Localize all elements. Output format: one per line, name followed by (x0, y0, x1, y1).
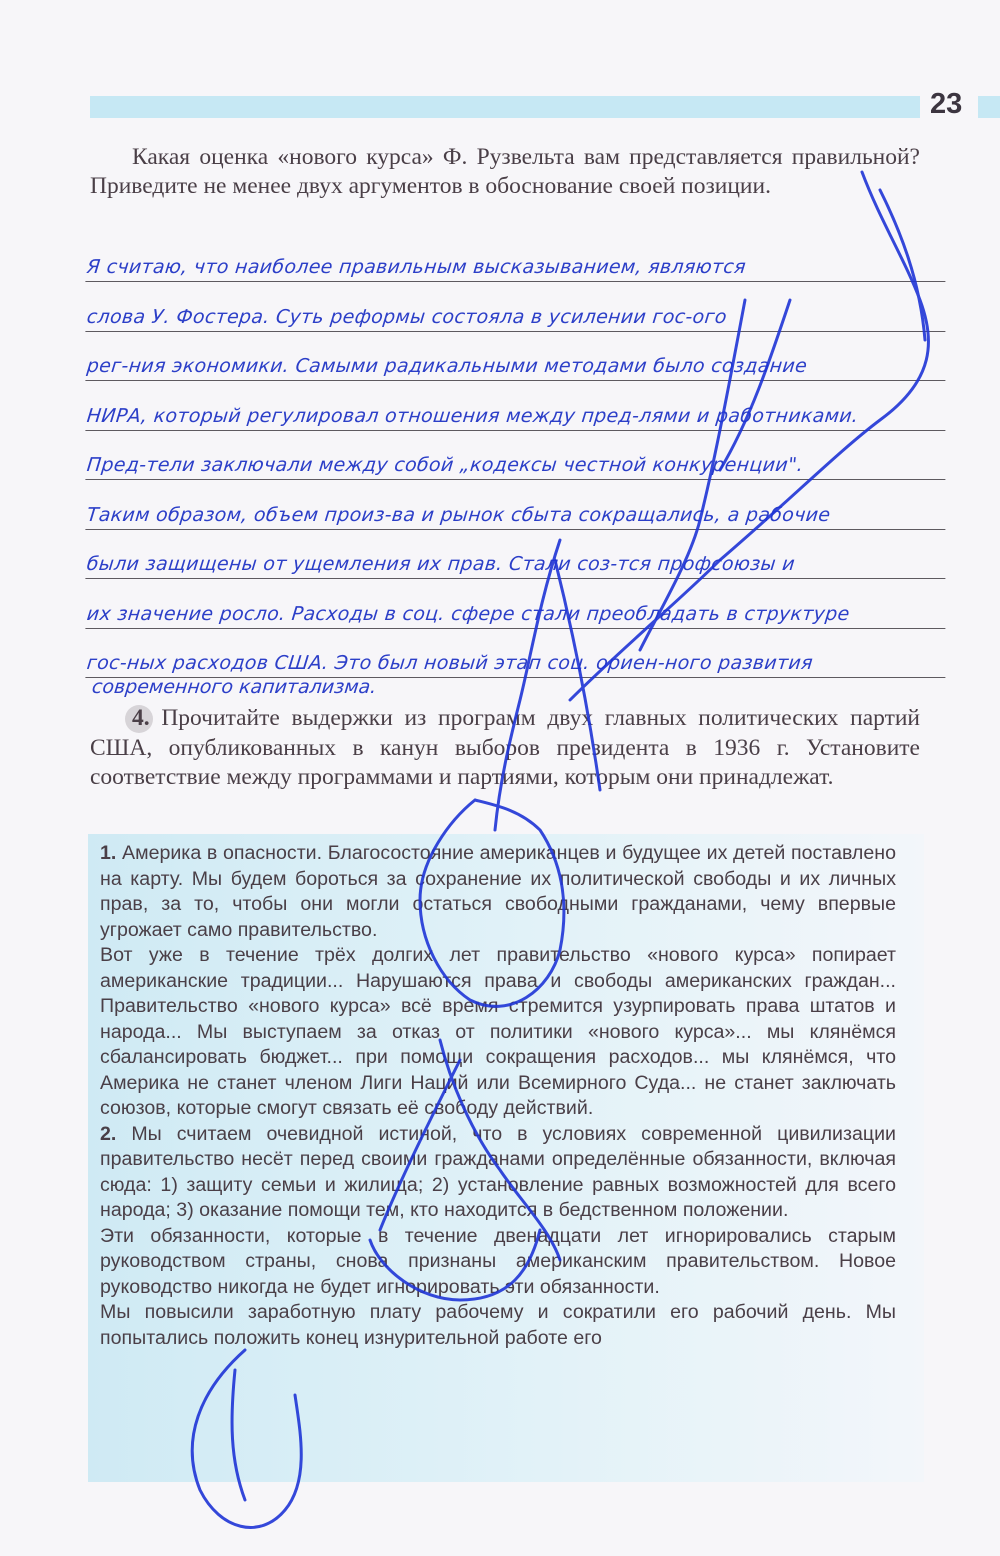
answer-line: Таким образом, объем произ-ва и рынок сб… (85, 480, 950, 530)
excerpt-2-para-3: Мы повысили заработную плату рабочему и … (100, 1300, 896, 1351)
answer-line: их значение росло. Расходы в соц. сфере … (85, 579, 950, 629)
excerpt-1-para-1: 1. Америка в опасности. Благосостояние а… (100, 841, 896, 943)
excerpt-2-para-1: 2. Мы считаем очевидной истиной, что в у… (100, 1122, 896, 1224)
answer-line-text: были защищены от ущемления их прав. Стал… (86, 553, 796, 575)
excerpt-number: 1. (100, 842, 116, 864)
excerpt-2-para-2: Эти обязанности, которые в течение двена… (100, 1224, 896, 1301)
answer-last-line: современного капитализма. (91, 676, 378, 698)
excerpt-text: Америка в опасности. Благосостояние амер… (100, 842, 896, 941)
answer-line: Я считаю, что наиболее правильным высказ… (85, 232, 950, 282)
page-header-bar-edge (978, 96, 1000, 118)
page-number: 23 (930, 88, 962, 121)
handwritten-answer: Я считаю, что наиболее правильным высказ… (88, 232, 948, 678)
task-4-text: Прочитайте выдержки из программ двух гла… (90, 705, 920, 790)
answer-line: гос-ных расходов США. Это был новый этап… (85, 628, 950, 678)
answer-line: рег-ния экономики. Самыми радикальными м… (85, 331, 950, 381)
answer-line-text: Я считаю, что наиболее правильным высказ… (86, 256, 747, 278)
answer-line: НИРА, который регулировал отношения межд… (85, 381, 950, 431)
answer-line-text: Пред-тели заключали между собой „кодексы… (86, 454, 805, 476)
excerpt-text: Мы считаем очевидной истиной, что в усло… (100, 1123, 896, 1222)
excerpt-1-para-2: Вот уже в течение трёх долгих лет правит… (100, 943, 896, 1122)
answer-line-text: их значение росло. Расходы в соц. сфере … (86, 602, 851, 624)
task-number: 4. (132, 704, 150, 734)
page-header-bar (90, 96, 920, 118)
answer-line: Пред-тели заключали между собой „кодексы… (85, 430, 950, 480)
task-4: 4. Прочитайте выдержки из программ двух … (90, 704, 920, 793)
answer-line: слова У. Фостера. Суть реформы состояла … (85, 282, 950, 332)
answer-line-text: НИРА, который регулировал отношения межд… (86, 404, 860, 426)
answer-line-text: гос-ных расходов США. Это был новый этап… (86, 652, 814, 674)
source-excerpts: 1. Америка в опасности. Благосостояние а… (100, 841, 896, 1351)
answer-line-text: слова У. Фостера. Суть реформы состояла … (86, 305, 728, 327)
excerpt-number: 2. (100, 1123, 116, 1145)
question-text: Какая оценка «нового курса» Ф. Рузвельта… (90, 143, 920, 201)
answer-line-text: рег-ния экономики. Самыми радикальными м… (86, 355, 809, 377)
answer-line-text: Таким образом, объем произ-ва и рынок сб… (86, 503, 832, 525)
answer-line: были защищены от ущемления их прав. Стал… (85, 529, 950, 579)
